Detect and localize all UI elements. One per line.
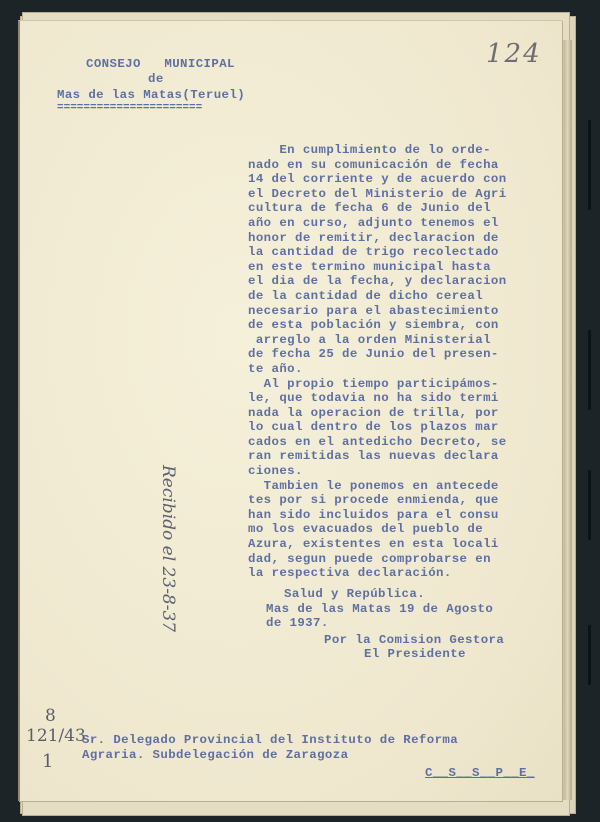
binding-mark [588,470,591,540]
archive-ref-top: 8 [45,706,56,726]
body-line: necesario para el abastecimiento [248,304,507,319]
registry-code: C__S__S__P__E_ [425,766,535,781]
folio-number: 124 [486,39,542,69]
body-line: mo los evacuados del pueblo de [248,522,507,537]
salutation: Salud y República. [284,587,425,602]
binding-mark [588,625,591,685]
binding-mark [588,330,591,410]
body-line: el Decreto del Ministerio de Agri [248,187,507,202]
received-margin-note: Recibido el 23-8-37 [158,465,178,685]
document-viewer: 124 CONSEJO MUNICIPAL de Mas de las Mata… [0,0,600,822]
body-line: de fecha 25 de Junio del presen- [248,347,507,362]
body-line: tes por si procede enmienda, que [248,493,507,508]
letterhead-de: de [148,72,164,87]
place-date: Mas de las Matas 19 de Agosto [266,602,493,617]
body-line: en este termino municipal hasta [248,260,507,275]
letterhead-underline: ====================== [57,101,202,116]
signatory-title: El Presidente [364,647,466,662]
binding-mark [588,120,591,210]
body-line: arreglo a la orden Ministerial [248,333,507,348]
letter-body: En cumplimiento de lo orde- nado en su c… [248,143,507,581]
body-line: el dia de la fecha, y declaracion [248,274,507,289]
document-page: 124 CONSEJO MUNICIPAL de Mas de las Mata… [18,20,562,801]
body-line: te año. [248,362,507,377]
body-line: nado en su comunicación de fecha [248,158,507,173]
body-line: le, que todavia no ha sido termi [248,391,507,406]
body-line: la respectiva declaración. [248,566,507,581]
body-line: han sido incluidos para el consu [248,508,507,523]
addressee-line-2: Agraria. Subdelegación de Zaragoza [82,748,348,763]
body-line: Al propio tiempo participámos- [248,377,507,392]
body-line: En cumplimiento de lo orde- [248,143,507,158]
body-line: cultura de fecha 6 de Junio del [248,201,507,216]
body-line: Tambien le ponemos en antecede [248,479,507,494]
place-date-year: de 1937. [266,616,329,631]
body-line: de la cantidad de dicho cereal [248,289,507,304]
body-line: dad, segun puede comprobarse en [248,552,507,567]
body-line: nada la operacion de trilla, por [248,406,507,421]
body-line: de esta población y siembra, con [248,318,507,333]
letterhead-title: CONSEJO MUNICIPAL [86,57,235,72]
body-line: ciones. [248,464,507,479]
body-line: año en curso, adjunto tenemos el [248,216,507,231]
body-line: Azura, existentes en esta locali [248,537,507,552]
body-line: lo cual dentro de los plazos mar [248,420,507,435]
body-line: 14 del corriente y de acuerdo con [248,172,507,187]
body-line: honor de remitir, declaracion de [248,231,507,246]
archive-ref-number: 121/43 [26,726,86,746]
addressee-line-1: Sr. Delegado Provincial del Instituto de… [82,733,458,748]
body-line: la cantidad de trigo recolectado [248,245,507,260]
signatory-commission: Por la Comision Gestora [324,633,504,648]
body-line: cados en el antedicho Decreto, se [248,435,507,450]
body-line: ran remitidas las nuevas declara [248,449,507,464]
archive-ref-bottom: 1 [42,751,53,772]
